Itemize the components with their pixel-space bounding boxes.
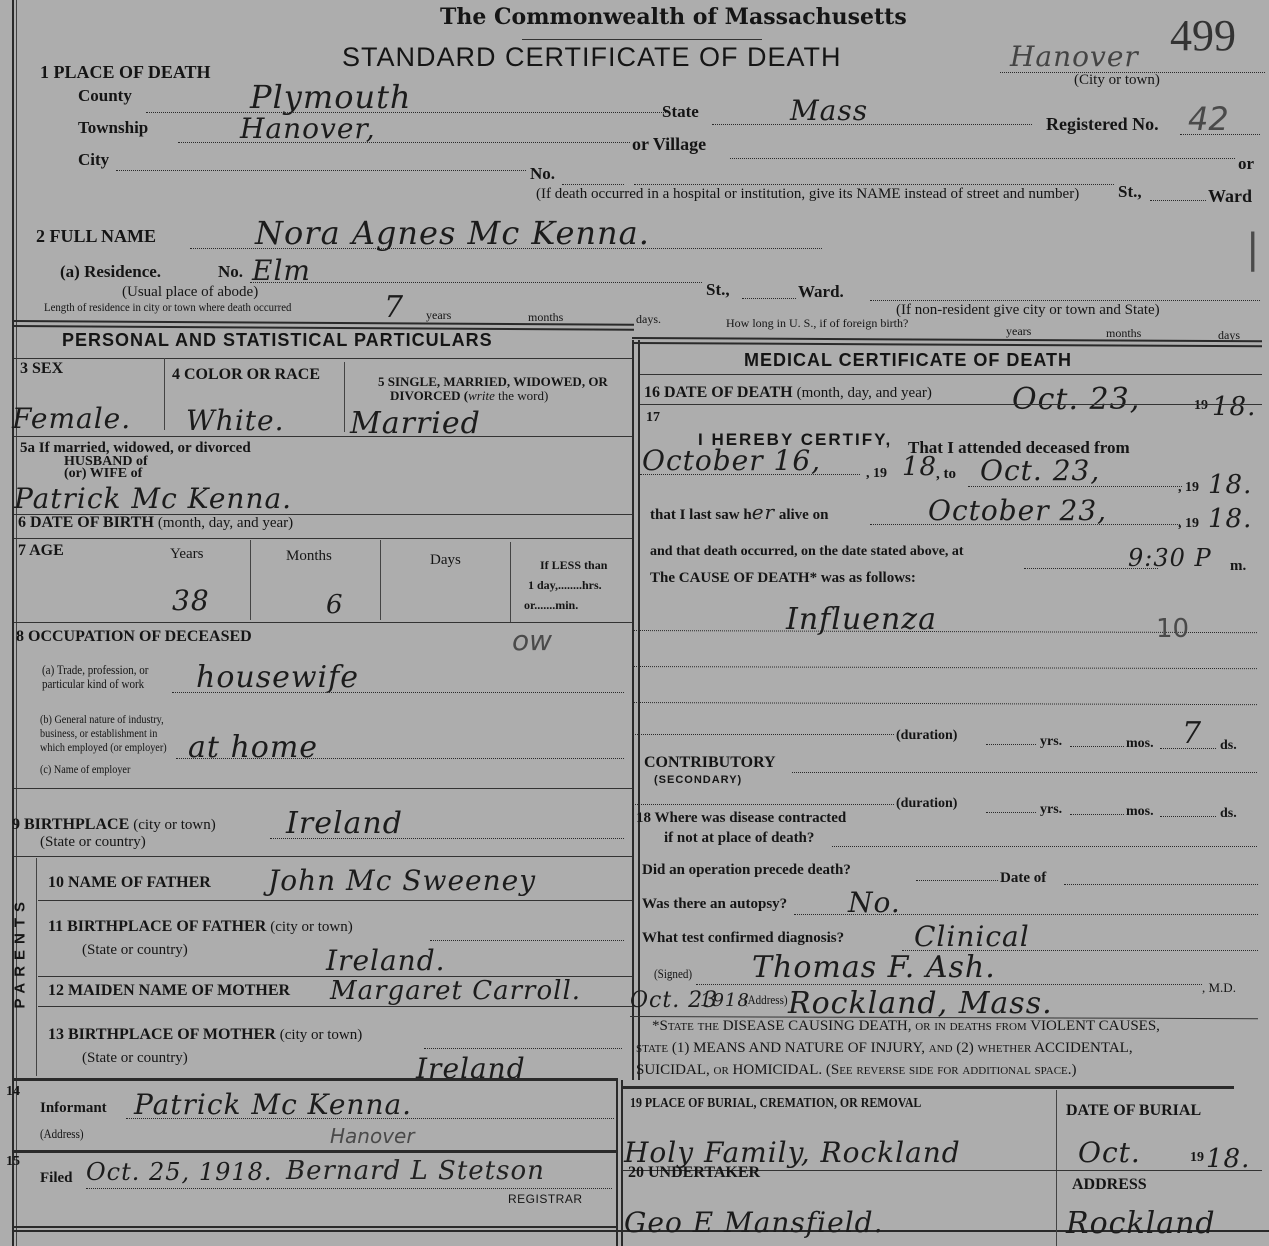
test-label: What test confirmed diagnosis? <box>642 930 844 947</box>
item18-label-1: 18 Where was disease contracted <box>636 810 846 827</box>
duration2-label: (duration) <box>896 796 957 812</box>
filed-date-value: Oct. 25, 1918. <box>86 1158 273 1186</box>
attended-from-year-value: 18 <box>902 452 937 482</box>
rule <box>14 538 632 539</box>
city-line <box>116 170 526 171</box>
sex-label: 3 SEX <box>20 360 63 378</box>
margin-mark: | <box>1246 226 1259 272</box>
duration-label: (duration) <box>896 728 957 744</box>
date-of-death-year-prefix: 19 <box>1194 398 1208 414</box>
operation-label: Did an operation precede death? <box>642 862 851 879</box>
to-label: , to <box>936 466 956 483</box>
secondary-line <box>632 804 894 805</box>
ward-line <box>1150 200 1206 201</box>
item-17-number: 17 <box>646 410 660 426</box>
filed-label: Filed <box>40 1170 73 1187</box>
age-months-value: 6 <box>326 590 344 620</box>
hospital-note: (If death occurred in a hospital or inst… <box>536 186 1079 203</box>
personal-heading: PERSONAL AND STATISTICAL PARTICULARS <box>62 330 493 351</box>
attended-to-year-prefix: , 19 <box>1178 480 1199 496</box>
rule <box>250 540 251 620</box>
address-value: Rockland, Mass. <box>788 986 1053 1021</box>
residence-ward-line <box>742 298 796 299</box>
rule <box>14 358 632 359</box>
note-line-3: SUICIDAL, or HOMICIDAL. (See reverse sid… <box>636 1062 1077 1079</box>
rule <box>14 1226 618 1228</box>
county-label: County <box>78 86 132 106</box>
duration-mos-line <box>1070 746 1124 747</box>
rule <box>164 358 165 430</box>
birthplace-label: 9 BIRTHPLACE (city or town) <box>12 816 216 834</box>
mother-birthplace-line <box>424 1048 622 1049</box>
industry-value: at home <box>188 730 318 765</box>
state-label: State <box>662 102 699 122</box>
place-of-death-label: 1 PLACE OF DEATH <box>40 62 211 83</box>
burial-place-label: 19 PLACE OF BURIAL, CREMATION, OR REMOVA… <box>630 1096 921 1112</box>
last-saw-value: October 23, <box>928 494 1107 527</box>
signed-label: (Signed) <box>654 966 692 982</box>
street-no-label: No. <box>530 164 555 184</box>
parents-side-label: PARENTS <box>12 909 29 1009</box>
burial-year-prefix: 19 <box>1190 1150 1204 1166</box>
residence-value: Elm <box>252 254 311 287</box>
or-label: or <box>1238 154 1254 174</box>
date-of-death-year-value: 18. <box>1212 392 1256 422</box>
date-of-label: Date of <box>1000 870 1046 887</box>
rule <box>380 540 381 620</box>
item18-label-2: if not at place of death? <box>664 830 814 847</box>
cause-line-4 <box>632 734 894 735</box>
duration2-yrs-line <box>986 812 1036 813</box>
occupation-label: 8 OCCUPATION OF DECEASED <box>16 628 252 646</box>
rule <box>14 436 632 437</box>
residence-ward-label: Ward. <box>798 282 844 302</box>
rule <box>14 856 632 857</box>
last-saw-year-value: 18. <box>1208 504 1252 534</box>
trade-value: housewife <box>196 660 359 695</box>
date-of-death-label: 16 DATE OF DEATH (month, day, and year) <box>644 384 932 402</box>
informant-address-label: (Address) <box>40 1126 84 1142</box>
contributory-line <box>792 772 1257 773</box>
operation-date-line <box>1064 884 1258 885</box>
duration2-mos-line <box>1070 814 1124 815</box>
mother-name-label: 12 MAIDEN NAME OF MOTHER <box>48 982 290 1000</box>
length-of-residence-label: Length of residence in city or town wher… <box>44 300 291 315</box>
rule <box>14 788 632 789</box>
secondary-label: (SECONDARY) <box>654 774 742 786</box>
residence-label: (a) Residence. <box>60 262 161 282</box>
us-label: How long in U. S., if of foreign birth? <box>726 316 908 331</box>
race-label: 4 COLOR OR RACE <box>172 366 320 384</box>
occupation-mark: ow <box>512 624 552 657</box>
residence-no-label: No. <box>218 262 243 282</box>
township-value: Hanover, <box>240 112 376 145</box>
nonresident-line <box>870 300 1260 301</box>
less-min-label: or.......min. <box>524 598 578 613</box>
time-value: 9:30 P <box>1128 544 1212 572</box>
lower-divider-2 <box>621 1080 623 1246</box>
city-or-town-caption: (City or town) <box>1074 72 1160 89</box>
burial-address-label: ADDRESS <box>1072 1176 1147 1194</box>
lower-divider <box>616 1080 618 1246</box>
mother-name-value: Margaret Carroll. <box>330 976 581 1006</box>
attended-from-value: October 16, <box>642 444 821 477</box>
duration-days-value: 7 <box>1182 716 1202 751</box>
attended-from-year-prefix: , 19 <box>866 466 887 482</box>
length-years-value: 7 <box>384 290 404 325</box>
undertaker-value: Geo E Mansfield. <box>624 1206 883 1239</box>
cause-value: Influenza <box>786 602 937 637</box>
left-border <box>12 0 14 1246</box>
spouse-label-3: (or) WIFE of <box>64 466 142 482</box>
township-label: Township <box>78 118 148 138</box>
duration2-mos-label: mos. <box>1126 804 1154 820</box>
commonwealth-heading: The Commonwealth of Massachusetts <box>440 4 907 30</box>
informant-value: Patrick Mc Kenna. <box>134 1088 412 1121</box>
test-value: Clinical <box>914 920 1030 953</box>
registrar-label: REGISTRAR <box>508 1192 583 1206</box>
trade-label-2: particular kind of work <box>42 676 144 692</box>
length-days-label: days. <box>636 312 661 327</box>
duration2-ds-label: ds. <box>1220 806 1237 822</box>
rule <box>640 374 1262 375</box>
mother-birthplace-hint-2: (State or country) <box>82 1050 188 1067</box>
left-border-inner <box>16 0 17 1246</box>
father-birthplace-hint-2: (State or country) <box>82 942 188 959</box>
nonresident-caption: (If non-resident give city or town and S… <box>896 302 1160 319</box>
st-label: St., <box>1118 182 1142 202</box>
village-line <box>730 158 1235 159</box>
us-years-label: years <box>1006 324 1031 339</box>
county-value: Plymouth <box>250 78 412 116</box>
spouse-value: Patrick Mc Kenna. <box>14 482 292 515</box>
rule <box>14 1078 618 1081</box>
race-value: White. <box>186 404 285 437</box>
operation-line <box>916 880 998 881</box>
registered-no-value: 42 <box>1188 100 1229 138</box>
sign-year-value: 1918 <box>700 990 750 1011</box>
industry-label-1: (b) General nature of industry, <box>40 712 164 727</box>
duration-ds-label: ds. <box>1220 738 1237 754</box>
cause-label: The CAUSE OF DEATH* was as follows: <box>650 570 916 587</box>
time-suffix: m. <box>1230 558 1246 575</box>
rule <box>14 622 632 623</box>
abode-caption: (Usual place of abode) <box>122 284 258 301</box>
city-or-town-value: Hanover <box>1010 40 1139 73</box>
informant-number: 14 <box>6 1084 20 1100</box>
medical-heading: MEDICAL CERTIFICATE OF DEATH <box>744 350 1072 371</box>
duration2-yrs-label: yrs. <box>1040 802 1062 818</box>
ward-label: Ward <box>1208 186 1252 207</box>
state-line <box>712 124 1032 125</box>
last-saw-label: that I last saw her alive on <box>650 500 828 524</box>
age-label: 7 AGE <box>18 542 64 560</box>
rule <box>38 900 632 901</box>
rule <box>510 542 511 622</box>
father-birthplace-line <box>430 940 624 941</box>
undertaker-label: 20 UNDERTAKER <box>628 1164 760 1182</box>
employer-label: (c) Name of employer <box>40 762 130 777</box>
birthplace-hint-2: (State or country) <box>40 834 146 851</box>
section-rule-right-2 <box>632 342 1262 347</box>
rule <box>640 404 1262 405</box>
md-label: , M.D. <box>1202 980 1236 996</box>
rule <box>38 1006 632 1007</box>
occurred-label: and that death occurred, on the date sta… <box>650 544 964 560</box>
city-label: City <box>78 150 109 170</box>
father-birthplace-value: Ireland. <box>326 944 446 977</box>
heading-rule <box>522 39 762 40</box>
cause-code: 10 <box>1156 614 1189 644</box>
age-months-label: Months <box>286 548 332 565</box>
less-than-label: If LESS than <box>540 558 607 573</box>
certificate-number: 499 <box>1170 10 1236 61</box>
duration2-ds-line <box>1160 816 1216 817</box>
state-value: Mass <box>790 94 868 127</box>
burial-date-label: DATE OF BURIAL <box>1066 1102 1201 1120</box>
cause-line-2 <box>632 666 1257 669</box>
age-years-label: Years <box>170 546 203 563</box>
informant-label: Informant <box>40 1100 107 1117</box>
note-line-2: state (1) MEANS AND NATURE OF INJURY, an… <box>636 1040 1133 1057</box>
death-certificate: The Commonwealth of Massachusetts STANDA… <box>0 0 1269 1246</box>
burial-address-value: Rockland <box>1066 1206 1216 1241</box>
filed-line <box>86 1188 612 1189</box>
address-label: (Address) <box>744 992 788 1008</box>
length-years-label: years <box>426 308 451 323</box>
street-line <box>634 184 1114 185</box>
duration-yrs-label: yrs. <box>1040 734 1062 750</box>
autopsy-value: No. <box>848 886 901 919</box>
attended-to-year-value: 18. <box>1208 470 1252 500</box>
age-years-value: 38 <box>172 584 210 617</box>
autopsy-label: Was there an autopsy? <box>642 896 787 913</box>
registrar-signature: Bernard L Stetson <box>286 1156 545 1186</box>
date-of-death-value: Oct. 23, <box>1012 382 1140 417</box>
center-divider <box>632 340 634 1080</box>
dob-label: 6 DATE OF BIRTH (month, day, and year) <box>18 514 293 532</box>
rule <box>14 1150 618 1153</box>
father-birthplace-label: 11 BIRTHPLACE OF FATHER (city or town) <box>48 918 353 936</box>
marital-label-2: DIVORCED (write the word) <box>390 388 548 404</box>
residence-line <box>250 282 702 283</box>
full-name-label: 2 FULL NAME <box>36 226 156 247</box>
industry-label-2: business, or establishment in <box>40 726 157 741</box>
contributory-label: CONTRIBUTORY <box>644 754 776 772</box>
center-divider-2 <box>638 340 640 1080</box>
street-no-line <box>562 184 624 185</box>
father-name-label: 10 NAME OF FATHER <box>48 874 211 892</box>
filed-number: 15 <box>6 1154 20 1170</box>
note-line-1: *State the DISEASE CAUSING DEATH, or in … <box>652 1018 1160 1035</box>
signed-value: Thomas F. Ash. <box>752 950 996 985</box>
registered-no-label: Registered No. <box>1046 114 1159 135</box>
rule <box>1056 1090 1057 1246</box>
village-label: or Village <box>632 134 706 155</box>
mother-birthplace-label: 13 BIRTHPLACE OF MOTHER (city or town) <box>48 1026 362 1044</box>
certificate-title: STANDARD CERTIFICATE OF DEATH <box>342 42 842 73</box>
cause-line-3 <box>632 702 1257 705</box>
less-hrs-label: 1 day,........hrs. <box>528 578 602 593</box>
duration-mos-label: mos. <box>1126 736 1154 752</box>
burial-date-value: Oct. <box>1078 1136 1141 1169</box>
father-name-value: John Mc Sweeney <box>268 864 536 897</box>
rule <box>36 858 37 1076</box>
rule <box>622 1086 1234 1089</box>
sex-value: Female. <box>12 402 131 435</box>
last-saw-year-prefix: , 19 <box>1178 516 1199 532</box>
attended-to-value: Oct. 23, <box>980 454 1100 487</box>
item18-line <box>832 846 1257 847</box>
full-name-value: Nora Agnes Mc Kenna. <box>255 214 650 252</box>
birthplace-value: Ireland <box>286 806 403 841</box>
residence-st-label: St., <box>706 280 730 300</box>
industry-label-3: which employed (or employer) <box>40 740 167 755</box>
duration-yrs-line <box>986 744 1036 745</box>
rule <box>344 362 345 432</box>
age-days-label: Days <box>430 552 461 569</box>
informant-address-value: Hanover <box>330 1124 415 1148</box>
